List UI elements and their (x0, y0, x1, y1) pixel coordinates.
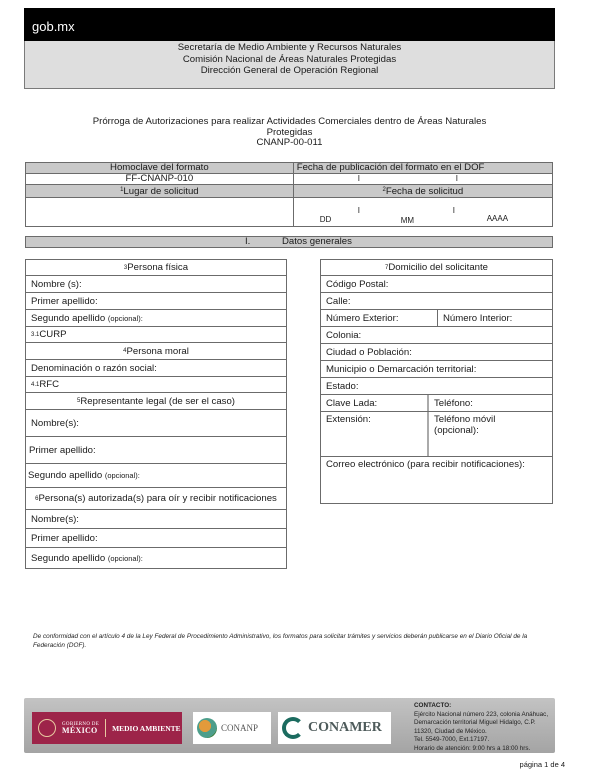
date-separator: I (453, 206, 455, 216)
gobmx-header: gob.mx (24, 8, 555, 41)
rl-nombre-field[interactable]: Nombre(s): (26, 410, 286, 437)
month-label: MM (401, 216, 414, 226)
conamer-logo: CONAMER (278, 712, 391, 744)
document-title: Prórroga de Autorizaciones para realizar… (24, 117, 555, 149)
municipio-field[interactable]: Municipio o Demarcación territorial: (321, 361, 552, 378)
estado-field[interactable]: Estado: (321, 378, 552, 395)
dof-date-field[interactable]: I I (293, 174, 552, 185)
homoclave-value: FF-CNANP-010 (26, 174, 294, 185)
institution-header: Secretaría de Medio Ambiente y Recursos … (24, 41, 555, 89)
conamer-icon (282, 717, 304, 739)
pf-segundo-apellido-field[interactable]: Segundo apellido (opcional): (26, 310, 286, 327)
pa-segundo-apellido-field[interactable]: Segundo apellido (opcional): (26, 548, 286, 568)
section-number: I. (245, 237, 250, 247)
institution-line: Comisión Nacional de Áreas Naturales Pro… (25, 54, 554, 66)
document-code: CNANP-00-011 (24, 138, 555, 149)
telefono-field[interactable]: Teléfono: (429, 395, 478, 411)
calle-field[interactable]: Calle: (321, 293, 552, 310)
numero-exterior-field[interactable]: Número Exterior: (321, 310, 438, 326)
curp-field[interactable]: 3.1CURP (26, 327, 286, 343)
telefono-row: Clave Lada: Teléfono: (321, 395, 552, 412)
persona-moral-header: 4Persona moral (26, 343, 286, 360)
representante-header: 5Representante legal (de ser el caso) (26, 393, 286, 410)
page-number: página 1 de 4 (520, 760, 565, 769)
contact-info: CONTACTO: Ejército Nacional número 223, … (414, 702, 548, 753)
applicant-panel: 3Persona física Nombre (s): Primer apell… (25, 259, 287, 569)
legal-footnote: De conformidad con el artículo 4 de la L… (33, 632, 553, 650)
fecha-input[interactable]: I I DD MM AAAA (293, 198, 552, 227)
mexico-emblem-icon (38, 719, 56, 737)
pf-nombre-field[interactable]: Nombre (s): (26, 276, 286, 293)
gobierno-mexico-logo: GOBIERNO DEMÉXICO MEDIO AMBIENTE (32, 712, 182, 744)
dof-label: Fecha de publicación del formato en el D… (293, 163, 552, 174)
denominacion-field[interactable]: Denominación o razón social: (26, 360, 286, 377)
correo-field[interactable]: Correo electrónico (para recibir notific… (321, 457, 552, 503)
year-label: AAAA (487, 214, 508, 224)
pa-primer-apellido-field[interactable]: Primer apellido: (26, 529, 286, 548)
footer-banner: GOBIERNO DEMÉXICO MEDIO AMBIENTE CONANP … (24, 698, 555, 753)
conanp-logo: CONANP (193, 712, 271, 744)
fecha-label: 2Fecha de solicitud (293, 185, 552, 198)
date-separator: I (456, 174, 458, 184)
day-label: DD (320, 215, 332, 225)
title-line: Prórroga de Autorizaciones para realizar… (24, 117, 555, 128)
address-panel: 7Domicilio del solicitante Código Postal… (320, 259, 553, 504)
conanp-icon (197, 718, 217, 738)
ciudad-field[interactable]: Ciudad o Población: (321, 344, 552, 361)
numero-row: Número Exterior: Número Interior: (321, 310, 552, 327)
rfc-field[interactable]: 4.1 RFC (26, 377, 286, 393)
institution-line: Dirección General de Operación Regional (25, 65, 554, 77)
colonia-field[interactable]: Colonia: (321, 327, 552, 344)
domicilio-header: 7Domicilio del solicitante (321, 260, 552, 276)
codigo-postal-field[interactable]: Código Postal: (321, 276, 552, 293)
section-header: I. Datos generales (25, 236, 553, 248)
gobmx-brand[interactable]: gob.mx (32, 19, 75, 34)
autorizada-header: 6Persona(s) autorizada(s) para oír y rec… (26, 488, 286, 510)
numero-interior-field[interactable]: Número Interior: (438, 310, 517, 326)
rl-segundo-apellido-field[interactable]: Segundo apellido (opcional): (26, 464, 286, 488)
format-info-table: Homoclave del formato Fecha de publicaci… (25, 162, 553, 227)
institution-line: Secretaría de Medio Ambiente y Recursos … (25, 42, 554, 54)
date-separator: I (358, 206, 360, 216)
rl-primer-apellido-field[interactable]: Primer apellido: (26, 437, 286, 464)
clave-lada-field[interactable]: Clave Lada: (321, 395, 429, 411)
extension-row: Extensión: Teléfono móvil(opcional): (321, 412, 552, 457)
lugar-input[interactable] (26, 198, 294, 227)
persona-fisica-header: 3Persona física (26, 260, 286, 276)
section-title: Datos generales (282, 237, 352, 247)
homoclave-label: Homoclave del formato (26, 163, 294, 174)
pf-primer-apellido-field[interactable]: Primer apellido: (26, 293, 286, 310)
extension-field[interactable]: Extensión: (321, 412, 429, 456)
pa-nombre-field[interactable]: Nombre(s): (26, 510, 286, 529)
telefono-movil-field[interactable]: Teléfono móvil(opcional): (429, 412, 500, 456)
date-separator: I (358, 174, 360, 184)
lugar-label: 1Lugar de solicitud (26, 185, 294, 198)
